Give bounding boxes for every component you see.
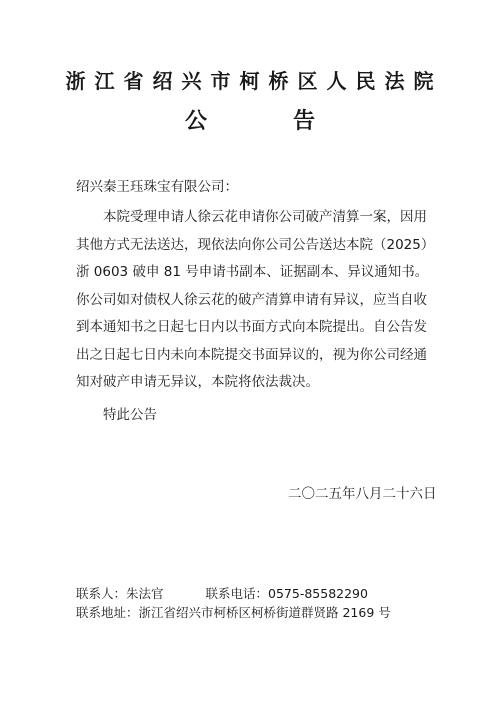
closing-statement: 特此公告: [103, 405, 157, 425]
body-line: 出之日起七日内未向本院提交书面异议的，视为你公司经通: [76, 342, 428, 370]
contact-info: 联系人：朱法官联系电话：0575-85582290 联系地址：浙江省绍兴市柯桥区…: [76, 584, 391, 622]
addressee: 绍兴秦王珏珠宝有限公司：: [76, 177, 238, 197]
body-line: 到本通知书之日起七日内以书面方式向本院提出。自公告发: [76, 314, 428, 342]
body-line: 本院受理申请人徐云花申请你公司破产清算一案，因用: [76, 204, 428, 232]
court-name-heading: 浙江省绍兴市柯桥区人民法院: [0, 66, 500, 96]
contact-row-1: 联系人：朱法官联系电话：0575-85582290: [76, 584, 391, 603]
contact-phone: 联系电话：0575-85582290: [206, 586, 368, 601]
contact-address: 联系地址：浙江省绍兴市柯桥区柯桥街道群贤路 2169 号: [76, 603, 391, 622]
body-line: 你公司如对债权人徐云花的破产清算申请有异议，应当自收: [76, 287, 428, 315]
notice-title-char-2: 告: [293, 107, 315, 137]
notice-body: 本院受理申请人徐云花申请你公司破产清算一案，因用 其他方式无法送达，现依法向你公…: [76, 204, 428, 397]
body-line: 其他方式无法送达，现依法向你公司公告送达本院（2025）: [76, 232, 428, 260]
notice-title-char-1: 公: [185, 107, 207, 137]
notice-date: 二〇二五年八月二十六日: [288, 484, 437, 504]
body-line: 浙 0603 破申 81 号申请书副本、证据副本、异议通知书。: [76, 259, 428, 287]
contact-person: 联系人：朱法官: [76, 586, 164, 601]
body-line: 知对破产申请无异议，本院将依法裁决。: [76, 369, 428, 397]
